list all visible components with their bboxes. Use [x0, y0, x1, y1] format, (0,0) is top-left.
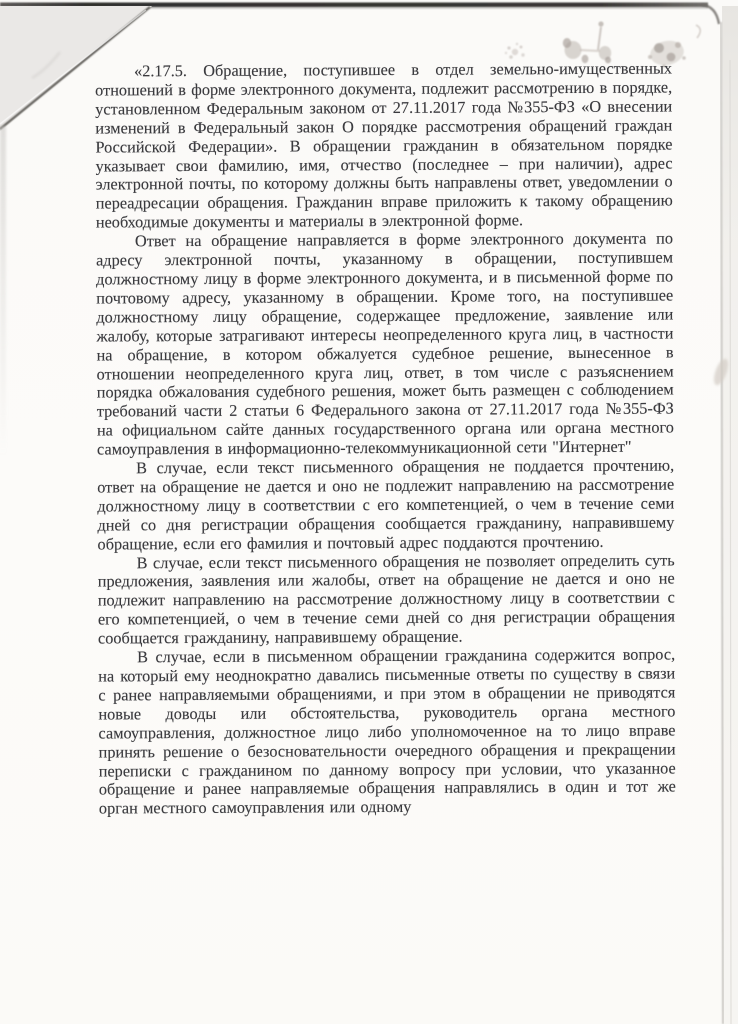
stain-cluster-small	[505, 43, 525, 59]
scan-top-edge	[0, 3, 708, 10]
paragraph-repeated-question: В случае, если в письменном обращении гр…	[98, 646, 676, 819]
left-edge-shadow	[0, 126, 6, 456]
page-right-edge	[702, 5, 738, 1024]
scanned-page: «2.17.5. Обращение, поступившее в отдел …	[0, 0, 738, 1024]
right-margin-smudge	[711, 357, 731, 387]
paragraph-electronic-appeal: «2.17.5. Обращение, поступившее в отдел …	[95, 59, 673, 232]
stain-cluster-middle	[563, 21, 611, 63]
paragraph-unreadable-text: В случае, если текст письменного обращен…	[97, 457, 674, 555]
paragraph-undeterminable-essence: В случае, если текст письменного обращен…	[98, 551, 675, 649]
paragraph-response-form: Ответ на обращение направляется в форме …	[96, 230, 674, 460]
document-text: «2.17.5. Обращение, поступившее в отдел …	[95, 59, 676, 818]
